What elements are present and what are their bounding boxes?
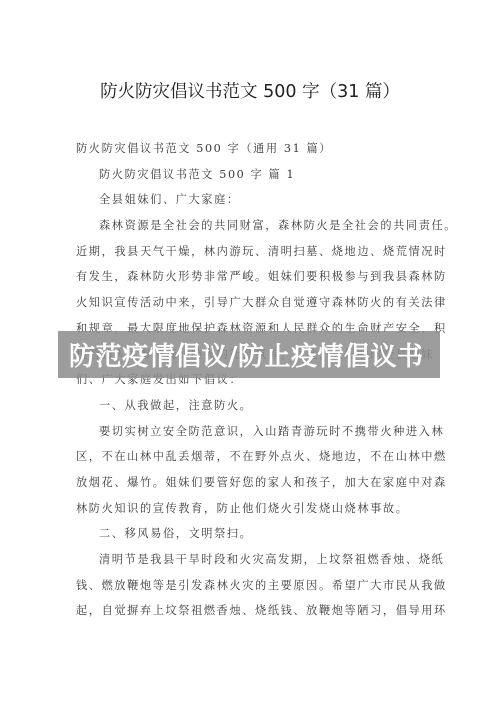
doc-line: 林防火知识的宣传教育，防止他们烧火引发烧山烧林事故。: [76, 496, 436, 522]
doc-line: 二、移风易俗，文明祭扫。: [76, 521, 436, 547]
doc-line: 森林资源是全社会的共同财富，森林防火是全社会的共同责任。: [76, 213, 436, 239]
doc-line: 防火防灾倡议书范文 500 字 篇 1: [76, 162, 436, 188]
page-title: 防火防灾倡议书范文 500 字（31 篇）: [0, 78, 500, 103]
document-body: 防火防灾倡议书范文 500 字（通用 31 篇） 防火防灾倡议书范文 500 字…: [76, 136, 436, 624]
doc-line: 一、从我做起，注意防火。: [76, 393, 436, 419]
doc-line: 防火防灾倡议书范文 500 字（通用 31 篇）: [76, 136, 436, 162]
doc-line: 起，自觉摒弃上坟祭祖燃香烛、烧纸钱、放鞭炮等陋习，倡导用环: [76, 598, 436, 624]
doc-line: 近期，我县天气干燥，林内游玩、清明扫墓、烧地边、烧荒情况时: [76, 239, 436, 265]
doc-line: 要切实树立安全防范意识，入山踏青游玩时不携带火种进入林: [76, 419, 436, 445]
doc-line: 放烟花、爆竹。姐妹们要管好您的家人和孩子，加大在家庭中对森: [76, 470, 436, 496]
doc-line: 区，不在山林中乱丢烟蒂，不在野外点火、烧地边，不在山林中燃: [76, 444, 436, 470]
doc-line: 钱、燃放鞭炮等是引发森林火灾的主要原因。希望广大市民从我做: [76, 573, 436, 599]
banner-title: 防范疫情倡议/防止疫情倡议书: [58, 336, 424, 373]
doc-line: 全县姐妹们、广大家庭：: [76, 187, 436, 213]
doc-line: 火知识宣传活动中来，引导广大群众自觉遵守森林防火的有关法律: [76, 290, 436, 316]
doc-line: 有发生，森林防火形势非常严峻。姐妹们要积极参与到我县森林防: [76, 264, 436, 290]
overlay-banner: 防范疫情倡议/防止疫情倡议书: [58, 331, 440, 378]
doc-line: 清明节是我县干旱时段和火灾高发期，上坟祭祖燃香烛、烧纸: [76, 547, 436, 573]
